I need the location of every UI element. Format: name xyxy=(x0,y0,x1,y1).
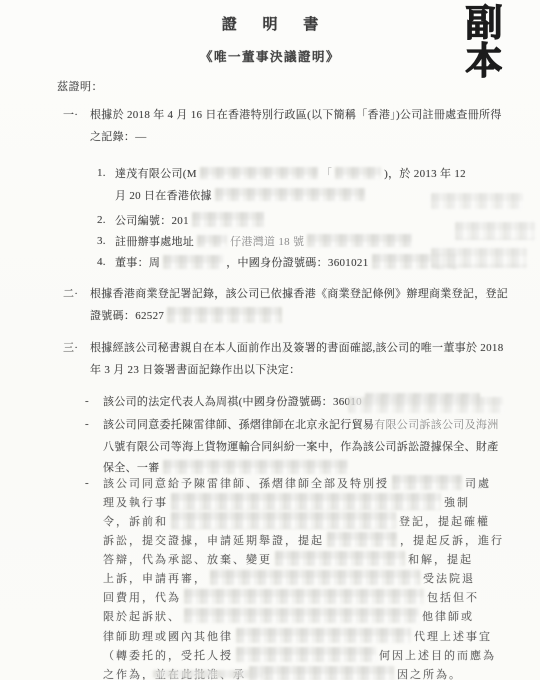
doc-text: ，中國身份證號碼：3601021 xyxy=(226,254,368,270)
doc-text: 八號有限公司等海上貨物運輸合同糾紛一案中，作為該公司訴訟證據保全、財產 xyxy=(103,438,499,454)
doc-line: 註冊辦事處地址仔港灣道 18 號 xyxy=(115,231,415,250)
doc-text: 該公司同意委托陳雷律師、孫熠律師在北京永記行貿易 xyxy=(103,416,374,432)
doc-text: 4. xyxy=(97,256,106,268)
redaction-blur xyxy=(348,397,503,413)
doc-text: 他律師或 xyxy=(422,608,474,624)
doc-line: - xyxy=(85,391,89,410)
doc-text: 理及執行事 xyxy=(103,494,168,510)
redaction-blur xyxy=(163,255,223,269)
doc-text: 該公司的法定代表人為周祺(中國身份證號碼：36010 xyxy=(103,393,362,409)
doc-text: 3. xyxy=(97,235,106,247)
doc-text: 年 3 月 23 日簽署書面記錄作出以下決定： xyxy=(90,361,300,377)
redaction-blur xyxy=(392,475,462,490)
doc-line: 3. xyxy=(97,231,106,250)
doc-text: - xyxy=(85,395,89,407)
redaction-blur xyxy=(200,167,318,179)
doc-line: 二· xyxy=(63,283,78,302)
doc-text: 登記，提起確權 xyxy=(399,513,490,529)
doc-text: 根據於 2018 年 4 月 16 日在香港特別行政區(以下簡稱「香港」)公司註… xyxy=(90,106,502,122)
doc-line: 1. xyxy=(97,163,106,182)
redaction-blur xyxy=(171,512,396,529)
redaction-blur xyxy=(184,608,419,623)
doc-line: 年 3 月 23 日簽署書面記錄作出以下決定： xyxy=(90,359,300,378)
doc-text: - xyxy=(85,477,89,489)
doc-line: 達茂有限公司(M「)，於 2013 年 12 xyxy=(115,163,466,182)
doc-text: 2. xyxy=(97,214,106,226)
doc-line: 訴訟，提交證據，申請延期舉證，提起，提起反訴，進行 xyxy=(103,530,504,549)
redaction-blur xyxy=(236,647,376,662)
doc-line: 4. xyxy=(97,252,106,271)
doc-line: 根據香港商業登記署記錄，該公司已依據香港《商業登記條例》辦理商業登記，登記 xyxy=(90,283,508,302)
doc-line: 理及執行事強制 xyxy=(103,492,470,511)
redaction-blur xyxy=(167,307,282,323)
redaction-blur xyxy=(153,670,263,678)
doc-text: 該公司同意給予陳雷律師、孫熠律師全部及特別授 xyxy=(103,475,389,491)
document-subtitle: 《唯一董事決議證明》 xyxy=(0,47,540,65)
doc-text: 回費用，代為 xyxy=(103,589,181,605)
doc-text: 1. xyxy=(97,167,106,179)
redaction-blur xyxy=(431,193,523,209)
doc-line: 限於起訴狀、他律師或 xyxy=(103,606,474,625)
doc-text: 上訴，申請再審， xyxy=(103,570,207,586)
redaction-blur xyxy=(184,589,424,604)
doc-text: 答辯，代為承認、放棄、變更 xyxy=(103,551,272,567)
doc-text: 司處 xyxy=(465,475,491,491)
redaction-blur xyxy=(275,551,405,566)
doc-text: - xyxy=(85,418,89,430)
doc-line: 證號碼：62527 xyxy=(90,305,285,324)
redaction-blur xyxy=(171,493,441,510)
doc-text: 根據香港商業登記署記錄，該公司已依據香港《商業登記條例》辦理商業登記，登記 xyxy=(90,285,508,301)
doc-line: 一· xyxy=(63,104,78,123)
doc-line: 上訴，申請再審，受法院退 xyxy=(103,568,475,587)
doc-text: 月 20 日在香港依據 xyxy=(115,187,212,203)
redaction-blur xyxy=(307,234,412,247)
doc-line: 之記錄：— xyxy=(90,126,147,145)
doc-line: 董事：周，中國身份證號碼：3601021 xyxy=(115,252,460,271)
doc-text: 限於起訴狀、 xyxy=(103,608,181,624)
doc-text: 律師助理或國內其他律 xyxy=(103,628,233,644)
doc-line: - xyxy=(85,473,89,492)
doc-text: 強制 xyxy=(444,494,470,510)
doc-text: 一· xyxy=(63,106,78,122)
redaction-blur xyxy=(210,570,420,585)
redaction-blur xyxy=(327,532,397,547)
doc-text: 證號碼：62527 xyxy=(90,307,164,323)
doc-text: 達茂有限公司(M xyxy=(115,165,197,181)
doc-line: 月 20 日在香港依據 xyxy=(115,185,368,204)
doc-line: 回費用，代為包括但不 xyxy=(103,587,479,606)
doc-text: 因之所為。 xyxy=(397,666,462,680)
doc-text: 董事：周 xyxy=(115,254,160,270)
doc-text: 註冊辦事處地址 xyxy=(115,233,194,249)
doc-text: 何因上述目的而應為 xyxy=(379,647,496,663)
doc-text: 公司編號：201 xyxy=(115,212,189,228)
doc-text: 三· xyxy=(63,339,78,355)
doc-line: 令，訴前和登記，提起確權 xyxy=(103,511,490,530)
doc-text: 仔港灣道 18 號 xyxy=(230,233,304,249)
redaction-blur xyxy=(163,460,348,474)
document-page: 副本 證 明 書 《唯一董事決議證明》 茲證明： 一·根據於 2018 年 4 … xyxy=(0,0,540,680)
doc-line: 八號有限公司等海上貨物運輸合同糾紛一案中，作為該公司訴訟證據保全、財產 xyxy=(103,436,499,455)
doc-line: 該公司同意給予陳雷律師、孫熠律師全部及特別授司處 xyxy=(103,473,491,492)
doc-text: )，於 2013 年 12 xyxy=(384,165,466,181)
doc-line: （轉委托的，受托人授何因上述目的而應為 xyxy=(103,645,496,664)
redaction-blur xyxy=(197,235,227,247)
redaction-blur xyxy=(249,666,394,680)
redaction-blur xyxy=(431,248,527,268)
redaction-blur xyxy=(455,222,535,240)
doc-text: 「 xyxy=(321,165,332,181)
doc-text: 受法院退 xyxy=(423,570,475,586)
doc-line: 公司編號：201 xyxy=(115,210,267,229)
doc-text: 之記錄：— xyxy=(90,128,147,144)
doc-line: 律師助理或國內其他律代理上述事宜 xyxy=(103,626,492,645)
doc-text: 二· xyxy=(63,285,78,301)
doc-text: ，提起反訴，進行 xyxy=(400,532,504,548)
doc-text: 代理上述事宜 xyxy=(414,628,492,644)
redaction-blur xyxy=(192,212,264,227)
doc-line: 該公司同意委托陳雷律師、孫熠律師在北京永記行貿易有限公司訴該公司及海洲 xyxy=(103,414,499,433)
redaction-blur xyxy=(215,188,365,201)
doc-line: 三· xyxy=(63,337,78,356)
doc-line: - xyxy=(85,414,89,433)
doc-line: 根據經該公司秘書親自在本人面前作出及簽署的書面確認,該公司的唯一董事於 2018 xyxy=(90,337,504,356)
doc-line: 2. xyxy=(97,210,106,229)
redaction-blur xyxy=(335,167,381,179)
doc-text: 根據經該公司秘書親自在本人面前作出及簽署的書面確認,該公司的唯一董事於 2018 xyxy=(90,339,504,355)
doc-text: 訴訟，提交證據，申請延期舉證，提起 xyxy=(103,532,324,548)
doc-line: 根據於 2018 年 4 月 16 日在香港特別行政區(以下簡稱「香港」)公司註… xyxy=(90,104,502,123)
doc-line: 答辯，代為承認、放棄、變更和解，提起 xyxy=(103,549,473,568)
certify-intro: 茲證明： xyxy=(57,78,103,94)
doc-text: 包括但不 xyxy=(427,589,479,605)
doc-text: 有限公司訴該公司及海洲 xyxy=(374,416,498,432)
doc-text: 和解，提起 xyxy=(408,551,473,567)
doc-text: （轉委托的，受托人授 xyxy=(103,647,233,663)
doc-text: 令，訴前和 xyxy=(103,513,168,529)
document-title: 證 明 書 xyxy=(0,13,540,34)
redaction-blur xyxy=(236,628,411,643)
